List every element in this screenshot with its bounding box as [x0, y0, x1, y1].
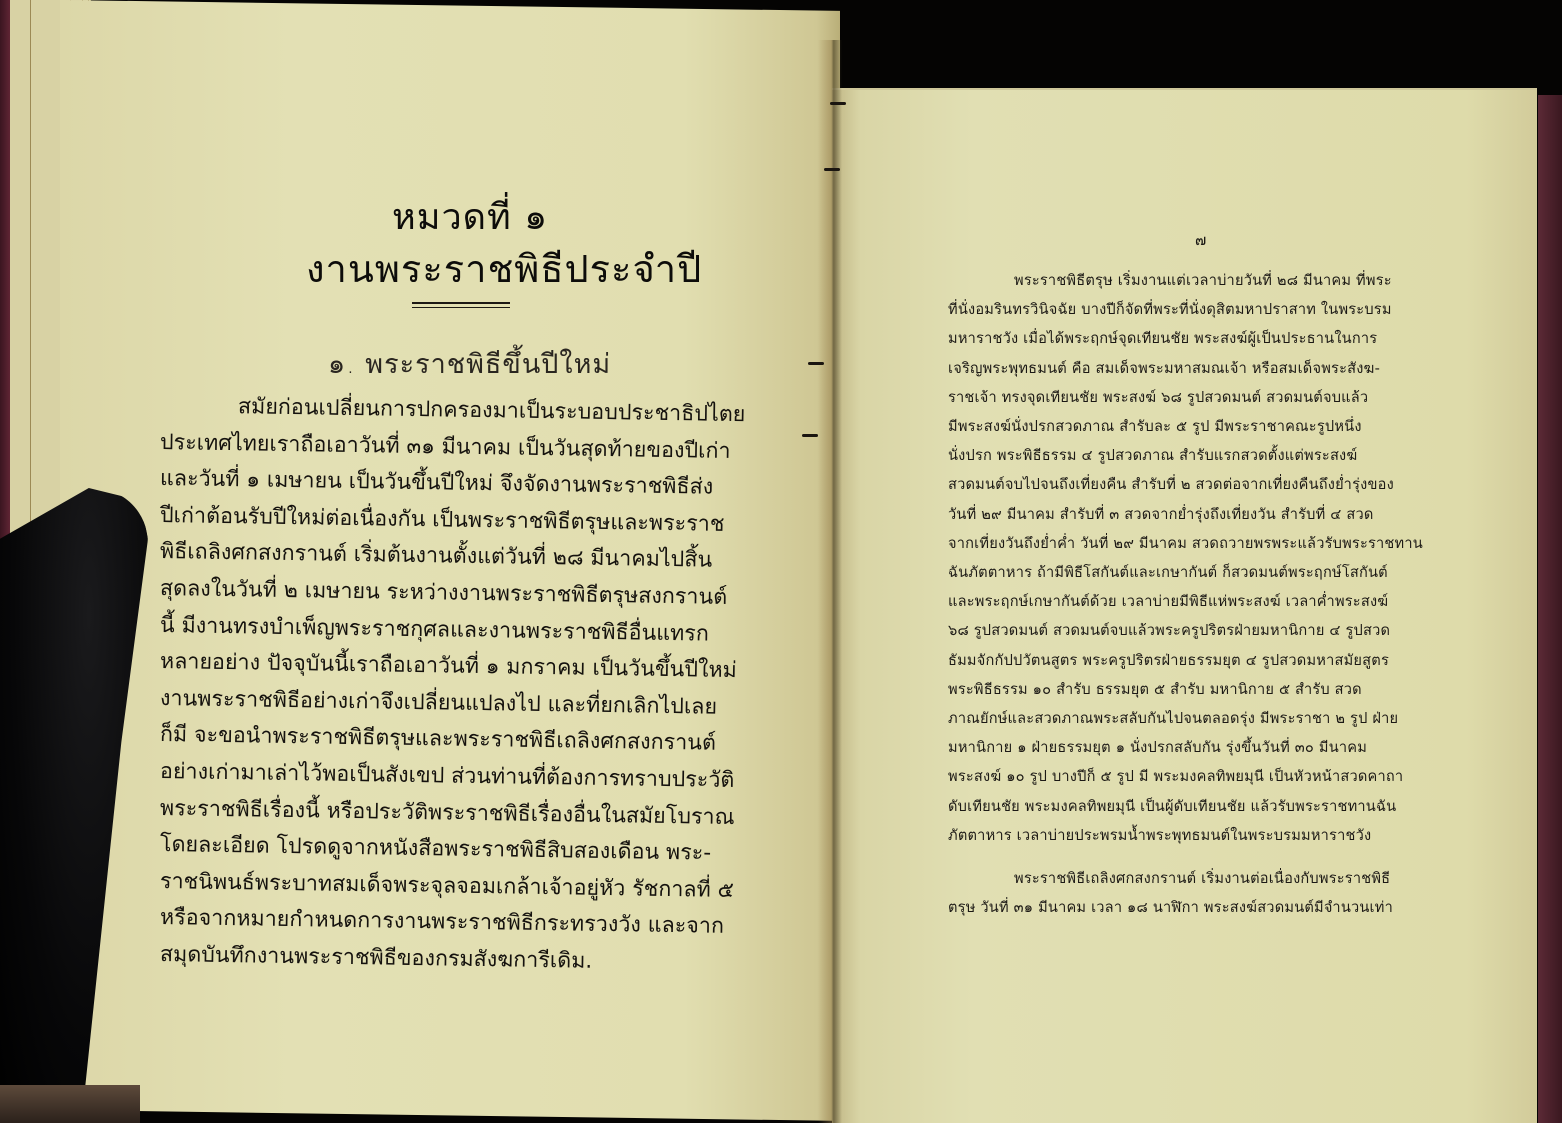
text-line: พระราชพิธีตรุษ เริ่มงานแต่เวลาบ่ายวันที่… — [948, 266, 1428, 295]
text-line: พระราชพิธีเถลิงศกสงกรานต์ เริ่มงานต่อเนื… — [948, 864, 1428, 893]
text-line: ราชเจ้า ทรงจุดเทียนชัย พระสงฆ์ ๖๘ รูปสวด… — [948, 383, 1428, 412]
right-page-body: พระราชพิธีตรุษ เริ่มงานแต่เวลาบ่ายวันที่… — [948, 266, 1428, 922]
binding-stitch — [802, 434, 818, 437]
binding-stitch — [830, 102, 846, 105]
book-gutter — [818, 40, 842, 1123]
text-line: มีพระสงฆ์นั่งปรกสวดภาณ สำรับละ ๕ รูป มีพ… — [948, 412, 1428, 441]
text-line: วันที่ ๒๙ มีนาคม สำรับที่ ๓ สวดจากย่ำรุ่… — [948, 500, 1428, 529]
binding-stitch — [808, 362, 824, 365]
text-line: ตรุษ วันที่ ๓๑ มีนาคม เวลา ๑๘ นาฬิกา พระ… — [948, 893, 1428, 922]
text-line: พระสงฆ์ ๑๐ รูป บางปีก็ ๕ รูป มี พระมงคลท… — [948, 762, 1428, 791]
chapter-title: หมวดที่ ๑ — [392, 188, 548, 245]
page-number: ๗ — [1195, 228, 1206, 252]
text-line: ๖๘ รูปสวดมนต์ สวดมนต์จบแล้วพระครูปริตรฝ่… — [948, 616, 1428, 645]
book-cover-right — [1538, 95, 1562, 1123]
section-heading: ๑. พระราชพิธีขึ้นปีใหม่ — [328, 342, 611, 385]
text-line: มหานิกาย ๑ ฝ่ายธรรมยุต ๑ นั่งปรกสลับกัน … — [948, 733, 1428, 762]
book-cover-bottom — [0, 1085, 140, 1123]
text-line: จากเที่ยงวันถึงย่ำค่ำ วันที่ ๒๙ มีนาคม ส… — [948, 529, 1428, 558]
text-line: ธัมมจักกัปปวัตนสูตร พระครูปริตรฝ่ายธรรมย… — [948, 646, 1428, 675]
title-divider — [412, 307, 510, 308]
title-divider — [412, 302, 510, 304]
text-line: นั่งปรก พระพิธีธรรม ๔ รูปสวดภาณ สำรับแรก… — [948, 441, 1428, 470]
text-line: ที่นั่งอมรินทรวินิจฉัย บางปีก็จัดที่พระท… — [948, 295, 1428, 324]
text-line: ภัตตาหาร เวลาบ่ายประพรมน้ำพระพุทธมนต์ในพ… — [948, 821, 1428, 850]
chapter-subtitle: งานพระราชพิธีประจำปี — [306, 238, 702, 299]
left-page-body: สมัยก่อนเปลี่ยนการปกครองมาเป็นระบอบประชา… — [160, 388, 740, 974]
text-line: พระพิธีธรรม ๑๐ สำรับ ธรรมยุต ๕ สำรับ มหา… — [948, 675, 1428, 704]
binding-stitch — [824, 168, 840, 171]
text-line: เจริญพระพุทธมนต์ คือ สมเด็จพระมหาสมณเจ้า… — [948, 354, 1428, 383]
text-line: ดับเทียนชัย พระมงคลทิพยมุนี เป็นผู้ดับเท… — [948, 792, 1428, 821]
text-line: มหาราชวัง เมื่อได้พระฤกษ์จุดเทียนชัย พระ… — [948, 324, 1428, 353]
text-line: ภาณยักษ์และสวดภาณพระสลับกันไปจนตลอดรุ่ง … — [948, 704, 1428, 733]
text-line: ฉันภัตตาหาร ถ้ามีพิธีโสกันต์และเกษากันต์… — [948, 558, 1428, 587]
text-line: และพระฤกษ์เกษากันต์ด้วย เวลาบ่ายมีพิธีแห… — [948, 587, 1428, 616]
text-line: สวดมนต์จบไปจนถึงเที่ยงคืน สำรับที่ ๒ สวด… — [948, 470, 1428, 499]
